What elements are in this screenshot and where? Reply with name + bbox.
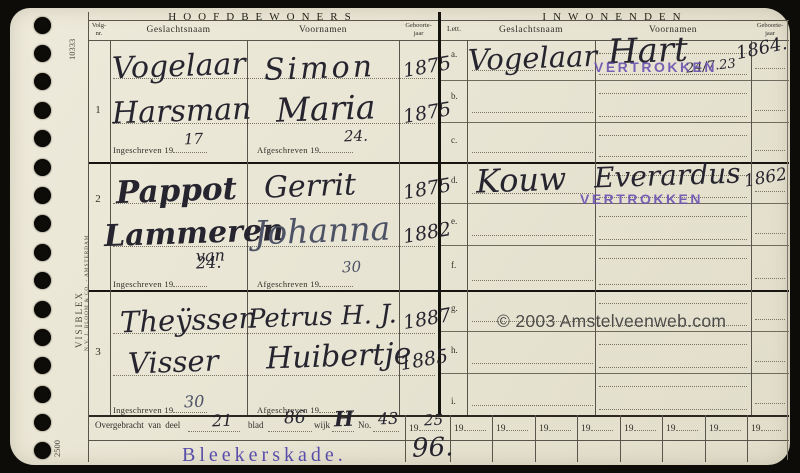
dotted-line (599, 284, 747, 285)
handwritten-surname: Kouw (475, 162, 566, 197)
binder-hole (34, 272, 51, 289)
handwritten-wijk: H (334, 408, 355, 430)
column-header-firstnames-left: Voornamen (247, 25, 399, 35)
row-letter: b. (451, 92, 458, 102)
ingeschreven-text: Ingeschreven 19 (113, 145, 173, 155)
dotted-line (319, 277, 353, 287)
handwritten-year-suffix: 25 (424, 413, 444, 429)
blad-label: blad (248, 421, 264, 431)
year-prefix: 19 (666, 424, 676, 434)
birthyear-line1: Geboorte- (751, 22, 789, 30)
year-cell: 19 (581, 421, 613, 434)
stock-number-top: 10333 (67, 16, 77, 60)
handwritten-surname: Vogelaar (468, 42, 598, 75)
binder-hole (34, 386, 51, 403)
dotted-line (599, 93, 747, 94)
dotted-line (755, 191, 785, 192)
dotted-line (599, 135, 747, 136)
volgnr-line1: Volg- (88, 22, 110, 30)
dotted-line (599, 303, 747, 304)
dotted-line (173, 277, 207, 287)
dotted-line (599, 367, 747, 368)
column-header-birthyear-left: Geboorte-jaar (399, 22, 438, 38)
handwritten-blad: 86 (284, 410, 306, 428)
vertrokken-stamp: VERTROKKEN (594, 59, 717, 75)
copyright-watermark: © 2003 Amstelveenweb.com (497, 311, 726, 332)
rule-line (441, 80, 789, 81)
handwritten-birthyear: 1882 (402, 220, 453, 247)
binder-hole (34, 130, 51, 147)
section-title-hoofdbewoners: HOOFDBEWONERS (88, 11, 438, 23)
year-prefix: 19 (581, 424, 591, 434)
section-title-inwonenden: INWONENDEN (441, 11, 789, 23)
dotted-line (373, 431, 399, 432)
ingeschreven-text: Ingeschreven 19 (113, 405, 173, 415)
rule-line (441, 373, 789, 374)
column-header-volgnr: Volg-nr. (88, 22, 110, 38)
dotted-line (599, 344, 747, 345)
birthyear-line1: Geboorte- (399, 22, 438, 30)
ingeschreven-label: Ingeschreven 19 (113, 277, 207, 289)
handwritten-birthyear: 1875 (402, 54, 453, 81)
row-letter: a. (451, 50, 457, 60)
year-prefix: 19 (709, 424, 719, 434)
volgnr-line2: nr. (88, 30, 110, 38)
binder-hole (34, 187, 51, 204)
year-prefix: 19 (409, 424, 419, 434)
handwritten-surname: Vogelaar (112, 50, 247, 85)
row-letter: h. (451, 346, 458, 356)
binder-hole (34, 329, 51, 346)
handwritten-firstnames: Maria (275, 90, 376, 126)
binder-hole (34, 301, 51, 318)
dotted-line (472, 235, 593, 236)
handwritten-ingeschreven-year: 30 (184, 394, 205, 411)
binder-hole (34, 45, 51, 62)
rule-line (595, 40, 596, 415)
year-cell: 19 (539, 421, 571, 434)
year-cell: 19 (709, 421, 741, 434)
binder-hole (34, 244, 51, 261)
column-header-lett: Lett. (441, 25, 467, 33)
dotted-line (472, 152, 593, 153)
year-prefix: 19 (454, 424, 464, 434)
dotted-line (755, 68, 785, 69)
year-cell: 19 (496, 421, 528, 434)
rule-line (751, 40, 752, 415)
dotted-line (761, 421, 781, 431)
handwritten-house-number: 96. (412, 434, 454, 461)
dotted-line (755, 110, 785, 111)
rule-line (467, 40, 468, 415)
rule-line (88, 12, 89, 462)
handwritten-firstnames: Gerrit (264, 170, 357, 203)
year-cell: 19 (751, 421, 781, 434)
dotted-line (506, 421, 528, 431)
row-letter: e. (451, 217, 457, 227)
dotted-line (634, 421, 656, 431)
rule-line (535, 415, 536, 462)
wijk-label: wijk (314, 421, 330, 431)
binder-hole (34, 414, 51, 431)
dotted-line (676, 421, 698, 431)
column-header-surname-right: Geslachtsnaam (467, 25, 595, 35)
afgeschreven-label: Afgeschreven 19 (257, 143, 353, 155)
registry-card: 10333 VISIBLEX N.V. J. BLOOM & CO. - AMS… (10, 8, 790, 465)
binder-hole (34, 159, 51, 176)
handwritten-afgeschreven-year: 24. (344, 129, 368, 145)
year-cell: 19 (666, 421, 698, 434)
rule-line (577, 415, 578, 462)
overgebracht-label: Overgebracht van deel (95, 421, 180, 431)
column-header-surname-left: Geslachtsnaam (110, 25, 247, 35)
year-cell: 19 (454, 421, 486, 434)
dotted-line (755, 150, 785, 151)
photo-background: 10333 VISIBLEX N.V. J. BLOOM & CO. - AMS… (0, 0, 800, 473)
handwritten-firstnames: Johanna (253, 212, 390, 250)
rule-line (787, 20, 788, 460)
afgeschreven-text: Afgeschreven 19 (257, 279, 319, 289)
handwritten-birthyear: 1885 (399, 347, 450, 374)
dotted-line (755, 233, 785, 234)
rule-line (620, 415, 621, 462)
handwritten-surname: Pappot (115, 174, 237, 209)
row-letter: g. (451, 304, 458, 314)
binder-hole (34, 442, 51, 459)
dotted-line (472, 405, 593, 406)
handwritten-birthyear: 1875 (402, 176, 453, 203)
dotted-line (755, 361, 785, 362)
dotted-line (549, 421, 571, 431)
handwritten-surname: Visser (128, 346, 219, 378)
dotted-line (755, 319, 785, 320)
dotted-line (472, 363, 593, 364)
afgeschreven-label: Afgeschreven 19 (257, 277, 353, 289)
year-cell: 19 (624, 421, 656, 434)
year-prefix: 19 (539, 424, 549, 434)
year-prefix: 19 (751, 424, 761, 434)
maker-name: VISIBLEX (74, 178, 84, 348)
dotted-line (472, 280, 593, 281)
dotted-line (599, 409, 747, 410)
dotted-line (472, 112, 593, 113)
ingeschreven-text: Ingeschreven 19 (113, 279, 173, 289)
volgnr-value: 1 (88, 104, 108, 116)
handwritten-ingeschreven-year: 24. (196, 255, 222, 272)
rule-line (492, 415, 493, 462)
handwritten-no: 43 (378, 411, 399, 428)
no-label: No. (358, 421, 371, 431)
row-letter: i. (451, 397, 456, 407)
dotted-line (599, 116, 747, 117)
handwritten-birthyear: 1862 (743, 166, 789, 190)
rule-line (747, 415, 748, 462)
binder-hole (34, 102, 51, 119)
binder-hole (34, 215, 51, 232)
row-letter: d. (451, 176, 458, 186)
handwritten-ingeschreven-year: 17 (184, 132, 204, 148)
rule-line (662, 415, 663, 462)
handwritten-birthyear: 1887 (402, 306, 453, 333)
handwritten-firstnames: Simon (264, 52, 376, 86)
stock-number-bottom: 2500 (52, 413, 62, 457)
year-prefix: 19 (496, 424, 506, 434)
handwritten-afgeschreven-year: 30 (342, 260, 362, 276)
rule-line (405, 415, 406, 462)
dotted-line (719, 421, 741, 431)
dotted-line (599, 239, 747, 240)
dotted-line (591, 421, 613, 431)
binder-hole (34, 73, 51, 90)
dotted-line (599, 216, 747, 217)
handwritten-deel: 21 (212, 413, 233, 430)
handwritten-firstnames: Everardus (594, 159, 742, 192)
dotted-line (268, 431, 312, 432)
rule-line (441, 245, 789, 246)
dotted-line (188, 431, 240, 432)
dotted-line (755, 403, 785, 404)
afgeschreven-text: Afgeschreven 19 (257, 145, 319, 155)
dotted-line (755, 278, 785, 279)
vertrokken-stamp: VERTROKKEN (580, 191, 703, 207)
binder-hole (34, 357, 51, 374)
street-stamp: Bleekerskade. (182, 444, 347, 467)
year-prefix: 19 (624, 424, 634, 434)
volgnr-value: 3 (88, 346, 108, 358)
rule-line (441, 122, 789, 123)
binder-hole (34, 17, 51, 34)
dotted-line (599, 386, 747, 387)
handwritten-firstnames: Huibertje (266, 339, 412, 374)
row-letter: c. (451, 136, 457, 146)
volgnr-value: 2 (88, 193, 108, 205)
rule-line (705, 415, 706, 462)
handwritten-firstnames: Petrus H. J. (248, 301, 398, 332)
dotted-line (599, 258, 747, 259)
birthyear-line2: jaar (399, 30, 438, 38)
row-letter: f. (451, 261, 456, 271)
dotted-line (464, 421, 486, 431)
handwritten-surname: Theÿssen (120, 304, 258, 338)
handwritten-surname: Harsman (112, 95, 252, 130)
